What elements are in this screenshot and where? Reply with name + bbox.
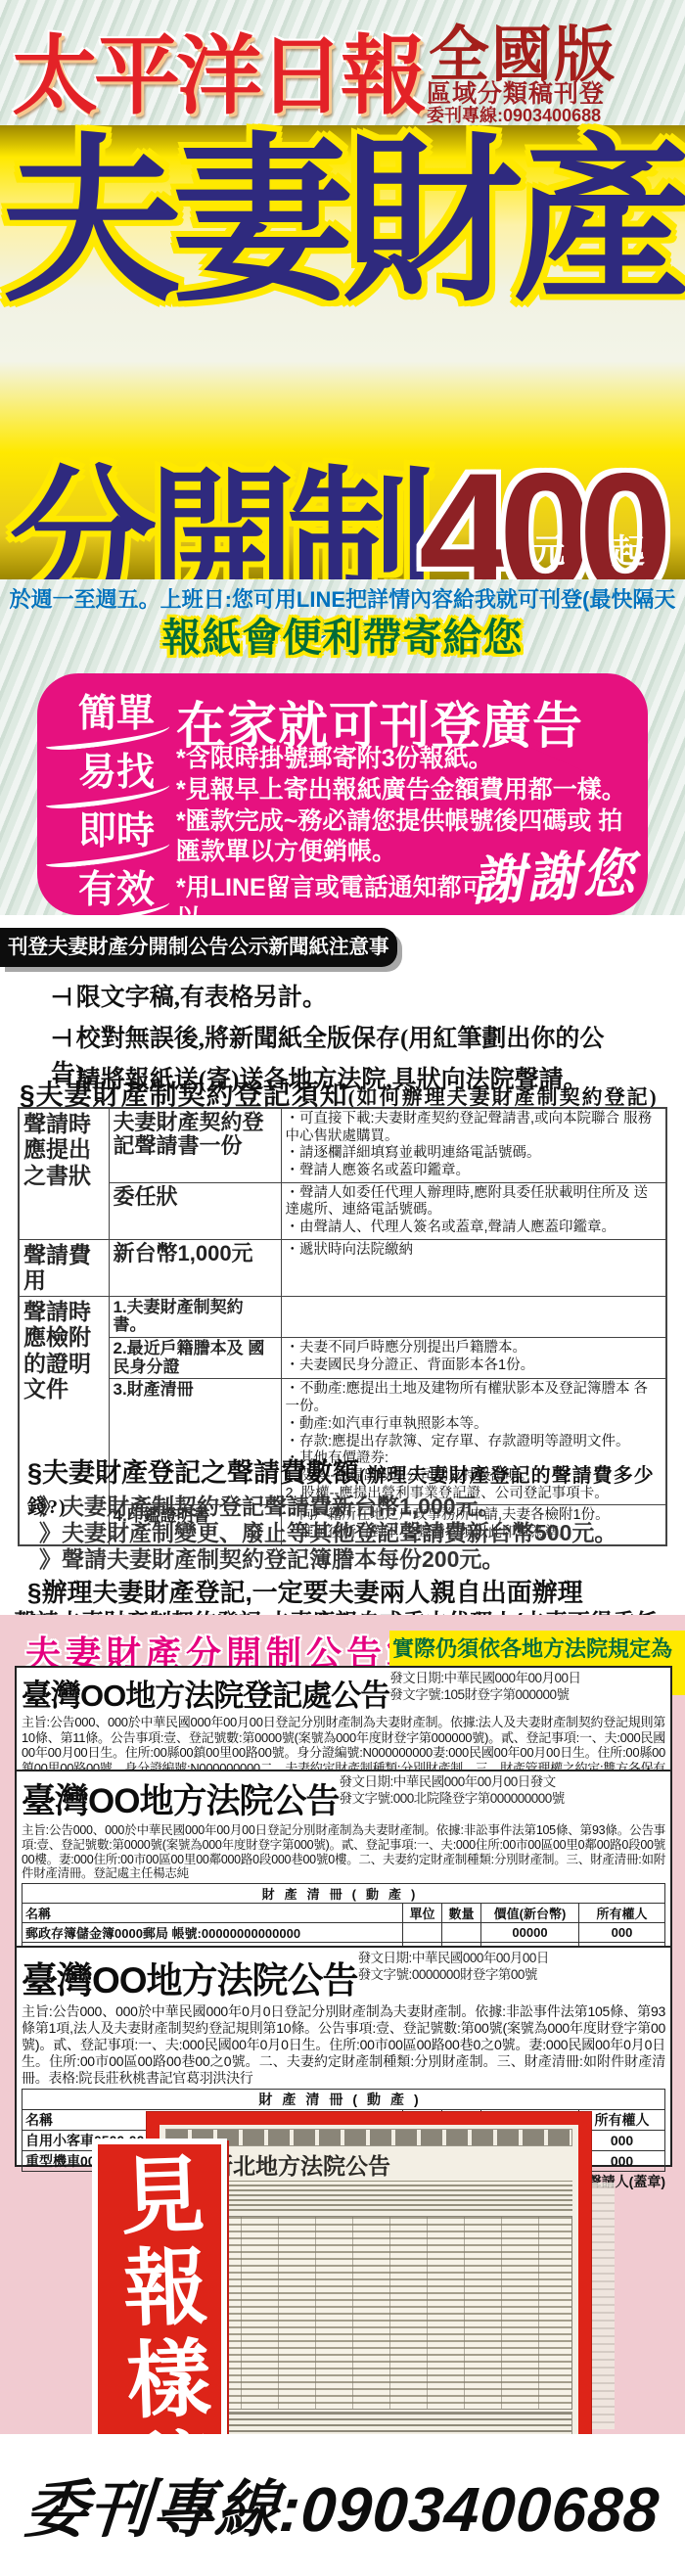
- detail-line: ・請逐欄詳細填寫並載明連絡電話號碼。: [286, 1145, 662, 1163]
- table-row: 名稱 單位 數量 價值(新台幣) 所有權人: [23, 1904, 665, 1923]
- cell-owner: 000: [578, 2131, 664, 2151]
- guide-detail-d: [281, 1296, 666, 1337]
- cell-owner: 000: [579, 1923, 665, 1943]
- guide-doc-b: 委任狀: [109, 1182, 281, 1239]
- cell-owner: 000: [578, 2151, 664, 2172]
- announcement-date: 發文日期:中華民國000年00月00日: [358, 1951, 549, 1965]
- announcement-header-right: 發文日期:中華民國000年00月00日發文字號:105財登字第000000號: [389, 1671, 580, 1704]
- cell-unit: [403, 1923, 442, 1943]
- fees-heading-main: §夫妻財產登記之聲請費數額: [27, 1458, 359, 1488]
- table-row: 委任狀 ・聲請人如委任代理人辦理時,應附具委任狀載明住所及 送達處所、連絡電話號…: [19, 1182, 666, 1239]
- keyword-instant: 即時: [59, 801, 174, 855]
- table-row: 財產清冊(動產): [23, 2090, 665, 2110]
- note-item: ⊣限文字稿,有表格另計。: [51, 978, 658, 1013]
- detail-line: ・動產:如汽車行車執照影本等。: [286, 1416, 662, 1434]
- detail-line: ・存款:應提出存款簿、定存單、存款證明等證明文件。: [286, 1434, 662, 1451]
- guide-heading-sub: (如何辦理夫妻財產制契約登記): [348, 1085, 659, 1109]
- price-unit: 元: [531, 535, 565, 569]
- info-section: 刊登夫妻財產分開制公告公示新聞紙注意事項: ⊣限文字稿,有表格另計。 ⊣校對無誤…: [0, 915, 685, 1615]
- announcement-title: 臺灣OO地方法院登記處公告: [22, 1671, 389, 1715]
- flyer-canvas: 太平洋日報 全國版 區域分類稿刊登 委刊專線:0903400688 夫妻財產 分…: [0, 0, 685, 2576]
- guide-heading-main: §夫妻財產制契約登記須知: [20, 1080, 348, 1110]
- announcement-header-right: 發文日期:中華民國000年00月00日發文字號:0000000財登字第00號: [358, 1951, 549, 1984]
- col-value: 價值(新台幣): [481, 1904, 579, 1923]
- announcement-2: 臺灣OO地方法院公告發文日期:中華民國000年00月00日發文發文字號:000北…: [15, 1770, 672, 1948]
- announcement-number: 發文字號:0000000財登字第00號: [358, 1967, 537, 1982]
- header-band: 太平洋日報 全國版 區域分類稿刊登 委刊專線:0903400688: [0, 0, 685, 125]
- note-text: 限文字稿,有表格另計。: [76, 985, 327, 1011]
- detail-line: ・聲請人應簽名或蓋印鑑章。: [286, 1163, 662, 1180]
- cell-value: 00000: [481, 1923, 579, 1943]
- asset-table-caption: 財產清冊(動產): [23, 2090, 665, 2110]
- table-row: 聲請時應檢附的證明文件 1.夫妻財產制契約書。: [19, 1296, 666, 1337]
- guide-side-fee: 聲請費用: [19, 1239, 109, 1296]
- detail-line: ・由聲請人、代理人簽名或蓋章,聲請人應蓋印鑑章。: [286, 1219, 662, 1237]
- promo-bubble: 簡單 易找 即時 有效 在家就可刊登廣告 *含限時掛號郵寄附3份報紙。 *見報早…: [37, 673, 648, 915]
- notes-title-pill: 刊登夫妻財產分開制公告公示新聞紙注意事項:: [0, 928, 397, 967]
- mid-band: 於週一至週五。上班日:您可用LINE把詳情內容給我就可刊登(最快隔天見報) 報紙…: [0, 579, 685, 915]
- table-row: 聲請費用 新台幣1,000元 ・遞狀時向法院繳納: [19, 1239, 666, 1296]
- note-marker: ⊣: [51, 985, 72, 1011]
- detail-line: ・可直接下載:夫妻財產契約登記聲請書,或向本院聯合 服務中心售狀處購買。: [286, 1111, 662, 1145]
- announcement-title: 臺灣OO地方法院公告: [22, 1951, 358, 2003]
- newspaper-masthead: 太平洋日報: [12, 8, 423, 131]
- table-row: 郵政存簿儲金簿0000郵局 帳號:00000000000000 00000 00…: [23, 1923, 665, 1943]
- guide-detail-e: ・夫妻不同戶時應分別提出戶籍謄本。 ・夫妻國民身分證正、背面影本各1份。: [281, 1338, 666, 1379]
- guide-side-documents: 聲請時應提出之書狀: [19, 1108, 109, 1239]
- guide-doc-c: 新台幣1,000元: [109, 1239, 281, 1296]
- announcement-number: 發文字號:000北院隆登字第000000000號: [339, 1791, 564, 1806]
- mail-delivery-note: 報紙會便利帶寄給您: [0, 607, 685, 663]
- thanks-text: 謝謝您: [470, 832, 638, 916]
- announcement-1: 臺灣OO地方法院登記處公告發文日期:中華民國000年00月00日發文字號:105…: [15, 1666, 672, 1771]
- guide-detail-a: ・可直接下載:夫妻財產契約登記聲請書,或向本院聯合 服務中心售狀處購買。 ・請逐…: [281, 1108, 666, 1182]
- guide-doc-d: 1.夫妻財產制契約書。: [109, 1296, 281, 1337]
- fee-marker: 》: [39, 1546, 62, 1572]
- footer-hotline: 委刊專線:0903400688: [0, 2460, 685, 2550]
- cell-qty: [442, 1923, 481, 1943]
- hero-band: 夫妻財產 分開制 40元0起 公告公示 報紙會便利帶給您2份 法院公告A4一張內: [0, 125, 685, 579]
- col-owner: 所有權人: [579, 1904, 665, 1923]
- hero-title-line1: 夫妻財產: [0, 131, 685, 311]
- keyword-simple: 簡單: [59, 683, 174, 738]
- col-qty: 數量: [442, 1904, 481, 1923]
- announcement-title: 臺灣OO地方法院公告: [22, 1774, 339, 1823]
- price-suffix: 起: [612, 535, 645, 569]
- guide-doc-a: 夫妻財產契約登記聲請書一份: [109, 1108, 281, 1182]
- fee-item: 》聲請夫妻財產制契約登記簿謄本每份200元。: [39, 1541, 504, 1574]
- cell-name: 郵政存簿儲金簿0000郵局 帳號:00000000000000: [23, 1923, 403, 1943]
- bubble-bullet: *見報早上寄出報紙廣告金額費用都一樣。: [176, 775, 656, 805]
- table-row: 財產清冊(動產): [23, 1884, 665, 1904]
- detail-line: ・夫妻國民身分證正、背面影本各1份。: [286, 1357, 662, 1375]
- asset-table-caption: 財產清冊(動產): [23, 1884, 665, 1904]
- announcement-number: 發文字號:105財登字第000000號: [389, 1687, 569, 1702]
- detail-line: ・不動產:應提出土地及建物所有權狀影本及登記簿謄本 各一份。: [286, 1381, 662, 1415]
- col-owner: 所有權人: [578, 2110, 664, 2131]
- guide-detail-c: ・遞狀時向法院繳納: [281, 1239, 666, 1296]
- announcement-date: 發文日期:中華民國000年00月00日: [389, 1671, 580, 1685]
- bubble-bullet: *含限時掛號郵寄附3份報紙。: [176, 744, 636, 774]
- fee-text: 聲請夫妻財產制契約登記簿謄本每份200元。: [62, 1546, 504, 1572]
- keyword-effective: 有效: [59, 859, 174, 914]
- table-row: 聲請時應提出之書狀 夫妻財產契約登記聲請書一份 ・可直接下載:夫妻財產契約登記聲…: [19, 1108, 666, 1182]
- detail-line: ・夫妻不同戶時應分別提出戶籍謄本。: [286, 1340, 662, 1357]
- detail-line: ・聲請人如委任代理人辦理時,應附具委任狀載明住所及 送達處所、連絡電話號碼。: [286, 1185, 662, 1219]
- announcement-header-right: 發文日期:中華民國000年00月00日發文發文字號:000北院隆登字第00000…: [339, 1774, 564, 1808]
- announcement-date: 發文日期:中華民國000年00月00日發文: [339, 1774, 555, 1789]
- col-unit: 單位: [403, 1904, 442, 1923]
- keyword-easyfind: 易找: [59, 742, 174, 797]
- table-row: 2.最近戶籍謄本及 國民身分證 ・夫妻不同戶時應分別提出戶籍謄本。 ・夫妻國民身…: [19, 1338, 666, 1379]
- announcement-body: 主旨:公告000、000於中華民國000年00月00日登記分別財產制為夫妻財產制…: [22, 1823, 665, 1881]
- col-name: 名稱: [23, 1904, 403, 1923]
- note-marker: ⊣: [51, 1026, 72, 1052]
- announcement-body: 主旨:公告000、000於中華民國000年0月0日登記分別財產制為夫妻財產制。依…: [22, 2003, 665, 2087]
- guide-detail-b: ・聲請人如委任代理人辦理時,應附具委任狀載明住所及 送達處所、連絡電話號碼。 ・…: [281, 1182, 666, 1239]
- footer-band: 委刊專線:0903400688: [0, 2434, 685, 2576]
- guide-doc-e: 2.最近戶籍謄本及 國民身分證: [109, 1338, 281, 1379]
- detail-line: ・遞狀時向法院繳納: [286, 1242, 662, 1260]
